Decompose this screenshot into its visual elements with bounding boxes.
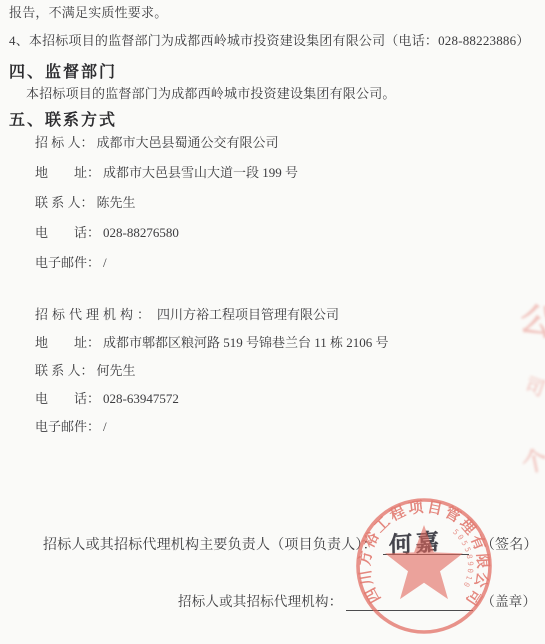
contact-row-value: 何先生 [97, 362, 136, 380]
contact-row-label: 招 标 人： [35, 134, 94, 152]
contact-row-value: 四川方裕工程项目管理有限公司 [157, 306, 339, 324]
agency-signature-row: 招标人或其招标代理机构： （盖章） [178, 592, 536, 611]
principal-signature-label: 招标人或其招标代理机构主要负责人（项目负责人）： [43, 536, 377, 555]
agency-signature-label: 招标人或其招标代理机构： [178, 592, 342, 611]
stamp-circle [358, 500, 490, 632]
supervision-item-line: 4、本招标项目的监督部门为成都西岭城市投资建设集团有限公司（电话：028-882… [9, 31, 530, 50]
supervision-section-body: 本招标项目的监督部门为成都西岭城市投资建设集团有限公司。 [26, 84, 396, 103]
contact-row: 电子邮件： / [35, 254, 107, 272]
edge-stamp-fragment: 个 [519, 440, 545, 480]
contact-section-heading: 五、联系方式 [9, 107, 117, 130]
signature-underline: 何嘉 [383, 538, 469, 555]
contact-row-value: 028-88276580 [103, 224, 179, 242]
document-page: 报告，不满足实质性要求。 4、本招标项目的监督部门为成都西岭城市投资建设集团有限… [0, 0, 545, 644]
contact-row: 联 系 人： 陈先生 [35, 194, 136, 212]
contact-row: 电 话： 028-63947572 [35, 390, 179, 408]
contact-row-label: 电 话： [35, 224, 100, 242]
contact-row: 招标代理机构： 四川方裕工程项目管理有限公司 [35, 306, 339, 324]
contact-row-label: 电子邮件： [35, 418, 100, 436]
contact-row: 地 址： 成都市郫都区粮河路 519 号锦巷兰台 11 栋 2106 号 [35, 334, 389, 352]
contact-row-value: 成都市大邑县蜀通公交有限公司 [97, 134, 279, 152]
stamp-suffix-label: （盖章） [481, 592, 536, 611]
supervision-section-heading: 四、监督部门 [9, 59, 117, 82]
company-stamp: 四川方裕工程项目管理有限公司 505589010 [352, 494, 496, 638]
principal-signature-row: 招标人或其招标代理机构主要负责人（项目负责人）： 何嘉 （签名） [43, 536, 538, 555]
contact-row-value: / [103, 418, 107, 436]
contact-row: 招 标 人： 成都市大邑县蜀通公交有限公司 [35, 134, 279, 152]
contact-row-label: 电 话： [35, 390, 100, 408]
contact-row-label: 地 址： [35, 164, 100, 182]
edge-stamp-fragment: 司 [522, 370, 545, 402]
contact-row-label: 电子邮件： [35, 254, 100, 272]
contact-row-label: 地 址： [35, 334, 100, 352]
stamp-underline [346, 594, 473, 611]
contact-row-value: 陈先生 [97, 194, 136, 212]
contact-row: 电 话： 028-88276580 [35, 224, 179, 242]
edge-stamp-fragment: 公 [516, 291, 545, 347]
contact-row-value: 成都市郫都区粮河路 519 号锦巷兰台 11 栋 2106 号 [103, 334, 389, 352]
contact-row-label: 招标代理机构： [35, 306, 154, 324]
contact-row-value: 成都市大邑县雪山大道一段 199 号 [103, 164, 298, 182]
contact-row-label: 联 系 人： [35, 194, 94, 212]
handwritten-signature: 何嘉 [388, 532, 442, 555]
contact-row-value: / [103, 254, 107, 272]
contact-row-label: 联 系 人： [35, 362, 94, 380]
signature-suffix-label: （签名） [481, 536, 538, 555]
contact-row: 地 址： 成都市大邑县雪山大道一段 199 号 [35, 164, 298, 182]
contact-row-value: 028-63947572 [103, 390, 179, 408]
contact-row: 联 系 人： 何先生 [35, 362, 136, 380]
report-line: 报告，不满足实质性要求。 [9, 3, 167, 22]
contact-row: 电子邮件： / [35, 418, 107, 436]
